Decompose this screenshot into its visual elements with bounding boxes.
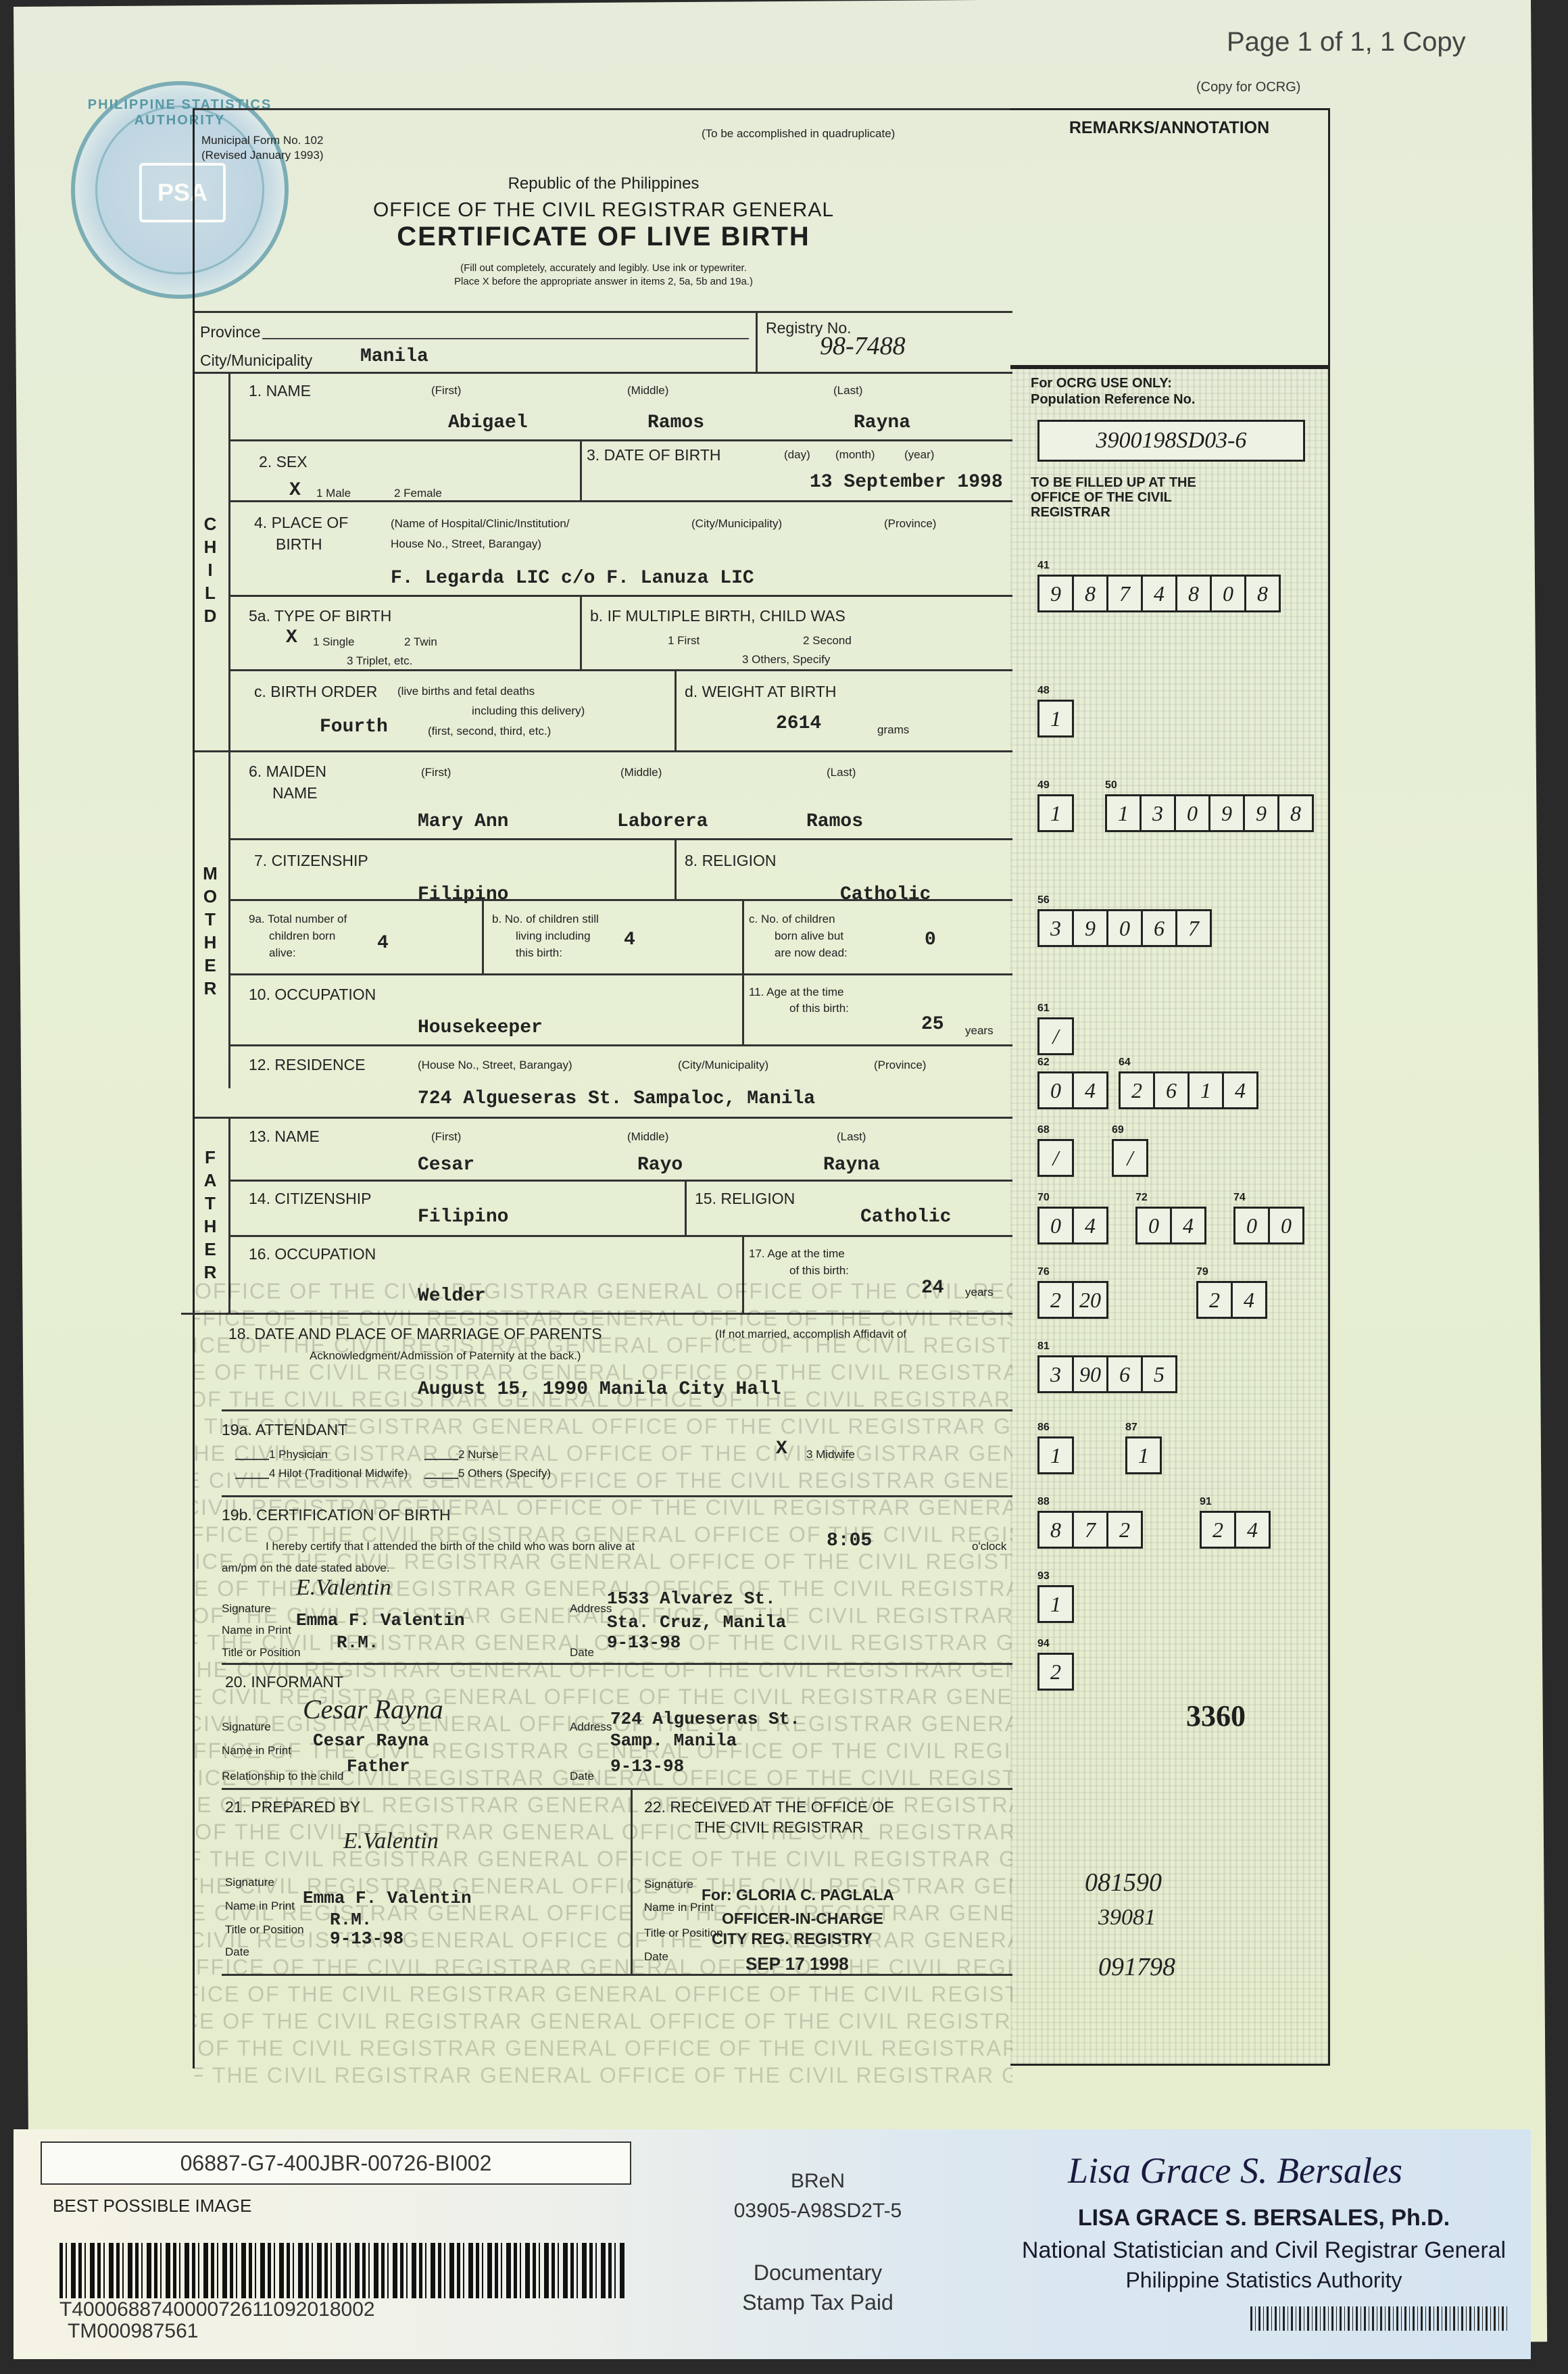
informant-date: 9-13-98 (610, 1756, 684, 1776)
total-born-label-2: children born (269, 929, 335, 943)
mother-name-label: 6. MAIDEN (249, 762, 326, 781)
residence-hint-2: (City/Municipality) (678, 1059, 768, 1072)
remarks-title: REMARKS/ANNOTATION (1010, 118, 1328, 138)
mother-age-label: 11. Age at the time (749, 986, 844, 999)
ocrg-field-68: / (1039, 1139, 1074, 1177)
type-twin-option: 2 Twin (404, 635, 437, 649)
child-name-label: 1. NAME (249, 382, 311, 400)
attendant-physician-option: 1 Physician (269, 1448, 328, 1461)
date-label: Date (570, 1770, 594, 1783)
marriage-hint-1: (If not married, accomplish Affidavit of (715, 1328, 906, 1341)
bren-label: BReN (703, 2166, 933, 2196)
signature-label: Signature (225, 1876, 274, 1889)
age-unit: years (965, 1286, 994, 1299)
marriage-label: 18. DATE AND PLACE OF MARRIAGE OF PARENT… (228, 1325, 602, 1343)
registrar-name: For: GLORIA C. PAGLALA (702, 1886, 894, 1904)
ocrg-field-number: 74 (1233, 1192, 1246, 1204)
type-single-mark: X (286, 627, 297, 648)
ocrg-field-number: 76 (1037, 1266, 1050, 1278)
father-middle-name: Rayo (637, 1155, 683, 1176)
document-number: 06887-G7-400JBR-00726-BI002 (41, 2141, 631, 2185)
received-label: 22. RECEIVED AT THE OFFICE OF (644, 1798, 893, 1816)
father-name-label: 13. NAME (249, 1128, 320, 1146)
mother-residence: 724 Algueseras St. Sampaloc, Manila (418, 1088, 815, 1109)
title-label: Title or Position (222, 1646, 301, 1660)
ocrg-field-94: 2 (1039, 1653, 1074, 1691)
stamp-number: 3360 (1186, 1699, 1246, 1733)
civil-registrar-header: TO BE FILLED UP AT THEOFFICE OF THE CIVI… (1031, 475, 1196, 520)
weight-unit: grams (877, 723, 909, 737)
ocrg-field-64: 2614 (1121, 1071, 1258, 1109)
documentary-stamp-label: DocumentaryStamp Tax Paid (703, 2258, 933, 2317)
sex-label: 2. SEX (259, 453, 308, 471)
preparer-signature: E.Valentin (343, 1828, 439, 1854)
attendant-midwife-mark: X (776, 1438, 787, 1459)
dob-label: 3. DATE OF BIRTH (587, 446, 721, 464)
ocrg-field-88: 872 (1039, 1511, 1143, 1549)
residence-hint-3: (Province) (874, 1059, 926, 1072)
pob-label-2: BIRTH (276, 535, 322, 554)
ocrg-field-number: 79 (1196, 1266, 1208, 1278)
ocrg-field-number: 50 (1105, 779, 1117, 792)
ocrg-field-49: 1 (1039, 794, 1074, 832)
signature-label: Signature (222, 1720, 271, 1734)
type-single-option: 1 Single (313, 635, 354, 649)
father-citizenship: Filipino (418, 1207, 508, 1228)
informant-name: Cesar Rayna (313, 1730, 429, 1751)
birth-certificate-form: Municipal Form No. 102 (Revised January … (193, 108, 1012, 2068)
received-date-stamp: SEP 17 1998 (745, 1954, 849, 1975)
ocrg-field-number: 61 (1037, 1002, 1050, 1015)
bren-block: BReN03905-A98SD2T-5 (703, 2166, 933, 2226)
certification-label: 19b. CERTIFICATION OF BIRTH (222, 1506, 451, 1524)
ocrg-field-number: 68 (1037, 1124, 1050, 1136)
ocrg-field-87: 1 (1127, 1436, 1162, 1474)
handwritten-note-93: 081590 (1085, 1868, 1162, 1897)
instruction-2: Place X before the appropriate answer in… (195, 275, 1012, 289)
mother-middle-name: Laborera (617, 811, 708, 832)
attendant-nurse-option: 2 Nurse (458, 1448, 499, 1461)
first-label: (First) (431, 384, 461, 397)
mother-religion-label: 8. RELIGION (685, 852, 776, 870)
ocrg-field-50: 130998 (1107, 794, 1314, 832)
birth-time-value: 8:05 (827, 1530, 872, 1551)
date-label: Date (570, 1646, 594, 1660)
last-label: (Last) (833, 384, 862, 397)
attendant-date: 9-13-98 (607, 1632, 681, 1653)
child-first-name: Abigael (448, 412, 528, 433)
remarks-annotation-box: REMARKS/ANNOTATION (1010, 108, 1330, 369)
document-barcode (59, 2243, 627, 2298)
living-label: b. No. of children still (492, 913, 599, 926)
weight-value: 2614 (776, 713, 821, 734)
father-first-name: Cesar (418, 1155, 474, 1176)
certification-text: I hereby certify that I attended the bir… (266, 1540, 635, 1553)
signatory-title: National Statistician and Civil Registra… (987, 2237, 1541, 2264)
living-label-3: this birth: (516, 946, 562, 960)
middle-label: (Middle) (627, 1130, 668, 1144)
mother-name-label-2: NAME (272, 784, 317, 802)
informant-address-2: Samp. Manila (610, 1730, 737, 1751)
population-reference-number: 3900198SD03-6 (1037, 420, 1305, 462)
sex-male-mark: X (289, 480, 301, 501)
ocrg-field-number: 69 (1112, 1124, 1124, 1136)
instruction-1: (Fill out completely, accurately and leg… (195, 262, 1012, 275)
child-section-label: CHILD (200, 512, 220, 627)
date-label: Date (644, 1950, 668, 1964)
mother-section-label: MOTHER (200, 862, 220, 1000)
mother-occupation-label: 10. OCCUPATION (249, 986, 376, 1004)
registrar-general-signature: Lisa Grace S. Bersales (1068, 2150, 1402, 2191)
address-label: Address (570, 1720, 612, 1734)
registrar-office: CITY REG. REGISTRY (712, 1930, 873, 1948)
preparer-date: 9-13-98 (330, 1929, 403, 1949)
registry-value: 98-7488 (820, 331, 906, 361)
mother-first-name: Mary Ann (418, 811, 508, 832)
birth-order-hint-2: including this delivery) (472, 704, 585, 718)
middle-label: (Middle) (620, 766, 662, 779)
prepared-by-label: 21. PREPARED BY (225, 1798, 360, 1816)
ocrg-field-number: 91 (1200, 1496, 1212, 1508)
ocrg-use-only-panel: For OCRG USE ONLY:Population Reference N… (1010, 365, 1330, 2066)
residence-hint-1: (House No., Street, Barangay) (418, 1059, 572, 1072)
preparer-name: Emma F. Valentin (303, 1888, 472, 1908)
sex-male-option: 1 Male (316, 487, 351, 500)
relationship-label: Relationship to the child (222, 1770, 344, 1783)
ocrg-field-number: 93 (1037, 1570, 1050, 1582)
certification-text-2: am/pm on the date stated above. (222, 1561, 390, 1575)
birth-order-hint-3: (first, second, third, etc.) (428, 725, 551, 738)
ocrg-field-61: / (1039, 1017, 1074, 1055)
living-label-2: living including (516, 929, 591, 943)
total-born-value: 4 (377, 933, 389, 954)
type-triplet-option: 3 Triplet, etc. (347, 654, 412, 668)
ocrg-field-number: 86 (1037, 1422, 1050, 1434)
pob-city-label: (City/Municipality) (691, 517, 782, 531)
ocrg-field-91: 24 (1202, 1511, 1271, 1549)
name-in-print-label: Name in Print (222, 1624, 291, 1637)
father-citizenship-label: 14. CITIZENSHIP (249, 1190, 371, 1208)
child-dob-value: 13 September 1998 (810, 472, 1003, 493)
multiple-birth-label: b. IF MULTIPLE BIRTH, CHILD WAS (590, 607, 846, 625)
father-religion-label: 15. RELIGION (695, 1190, 795, 1208)
ocrg-field-62: 04 (1039, 1071, 1108, 1109)
attendant-name: Emma F. Valentin (296, 1610, 465, 1630)
signature-label: Signature (222, 1602, 271, 1616)
oclock-label: o'clock (972, 1540, 1006, 1553)
informant-relationship: Father (347, 1756, 410, 1776)
mother-last-name: Ramos (806, 811, 863, 832)
age-unit: years (965, 1024, 994, 1038)
father-last-name: Rayna (823, 1155, 880, 1176)
type-of-birth-label: 5a. TYPE OF BIRTH (249, 607, 391, 625)
father-religion: Catholic (860, 1207, 951, 1228)
pob-province-label: (Province) (884, 517, 936, 531)
child-middle-name: Ramos (647, 412, 704, 433)
first-label: (First) (431, 1130, 461, 1144)
signature-label: Signature (644, 1878, 693, 1891)
ocrg-field-number: 49 (1037, 779, 1050, 792)
ocrg-field-81: 39065 (1039, 1355, 1177, 1393)
mother-residence-label: 12. RESIDENCE (249, 1056, 366, 1074)
attendant-address-1: 1533 Alvarez St. (607, 1589, 776, 1609)
ocrg-header: For OCRG USE ONLY:Population Reference N… (1031, 375, 1195, 408)
office-label: OFFICE OF THE CIVIL REGISTRAR GENERAL (195, 199, 1012, 222)
attendant-others-option: 5 Others (Specify) (458, 1467, 551, 1480)
barcode-number: T400068874000072611092018002 (59, 2298, 375, 2321)
ocrg-field-93: 1 (1039, 1585, 1074, 1623)
informant-address-1: 724 Algueseras St. (610, 1709, 800, 1729)
sex-female-option: 2 Female (394, 487, 442, 500)
title-label: Title or Position (225, 1923, 304, 1937)
attendant-address-2: Sta. Cruz, Manila (607, 1612, 786, 1632)
date-label: Date (225, 1945, 249, 1959)
certificate-title: CERTIFICATE OF LIVE BIRTH (195, 222, 1012, 252)
ocrg-field-number: 41 (1037, 560, 1050, 572)
weight-label: d. WEIGHT AT BIRTH (685, 683, 837, 701)
city-value: Manila (360, 346, 428, 367)
mother-age-label-2: of this birth: (789, 1002, 849, 1015)
ocrg-field-number: 72 (1135, 1192, 1148, 1204)
address-label: Address (570, 1602, 612, 1616)
security-barcode (1250, 2306, 1507, 2331)
registrar-title: OFFICER-IN-CHARGE (722, 1910, 883, 1928)
father-section-label: FATHER (200, 1146, 220, 1284)
ocrg-field-72: 04 (1137, 1207, 1206, 1244)
dead-label-3: are now dead: (775, 946, 848, 960)
handwritten-note-94: 091798 (1098, 1952, 1175, 1982)
bren-value: 03905-A98SD2T-5 (703, 2196, 933, 2226)
ocrg-field-number: 48 (1037, 685, 1050, 697)
attendant-title: R.M. (337, 1632, 378, 1653)
ocrg-field-70: 04 (1039, 1207, 1108, 1244)
informant-signature: Cesar Rayna (303, 1693, 443, 1725)
pob-hint-1: (Name of Hospital/Clinic/Institution/ (391, 517, 570, 531)
received-label-2: THE CIVIL REGISTRAR (695, 1818, 864, 1837)
informant-label: 20. INFORMANT (225, 1673, 343, 1691)
birth-order-hint-1: (live births and fetal deaths (397, 685, 535, 698)
ocrg-field-48: 1 (1039, 700, 1074, 737)
tm-number: TM000987561 (68, 2320, 198, 2343)
ocrg-field-number: 81 (1037, 1340, 1050, 1353)
ocrg-field-number: 64 (1119, 1057, 1131, 1069)
child-last-name: Rayna (854, 412, 910, 433)
dob-year-label: (year) (904, 448, 934, 462)
dead-value: 0 (925, 929, 936, 950)
father-age: 24 (921, 1278, 944, 1299)
ocrg-field-number: 88 (1037, 1496, 1050, 1508)
signatory-name: LISA GRACE S. BERSALES, Ph.D. (987, 2205, 1541, 2231)
multiple-second-option: 2 Second (803, 634, 852, 648)
multiple-others-option: 3 Others, Specify (742, 653, 830, 667)
father-occupation: Welder (418, 1286, 486, 1307)
ocrg-field-79: 24 (1198, 1281, 1267, 1319)
signatory-organization: Philippine Statistics Authority (987, 2268, 1541, 2293)
best-possible-image-label: BEST POSSIBLE IMAGE (53, 2196, 251, 2216)
dob-day-label: (day) (784, 448, 810, 462)
form-header: Republic of the Philippines OFFICE OF TH… (195, 108, 1012, 289)
name-in-print-label: Name in Print (222, 1744, 291, 1758)
province-label: Province (200, 323, 260, 341)
mother-occupation: Housekeeper (418, 1017, 543, 1038)
attendant-label: 19a. ATTENDANT (222, 1421, 347, 1439)
living-value: 4 (624, 929, 635, 950)
first-label: (First) (421, 766, 451, 779)
ocrg-field-number: 94 (1037, 1638, 1050, 1650)
name-in-print-label: Name in Print (225, 1899, 295, 1913)
mother-age: 25 (921, 1014, 944, 1035)
birth-order-value: Fourth (320, 717, 388, 737)
marriage-hint-2: Acknowledgment/Admission of Paternity at… (310, 1349, 581, 1363)
ocrg-field-number: 87 (1125, 1422, 1137, 1434)
ocrg-field-number: 56 (1037, 894, 1050, 906)
dead-label: c. No. of children (749, 913, 835, 926)
page-count: Page 1 of 1, 1 Copy (1227, 27, 1466, 57)
birth-order-label: c. BIRTH ORDER (254, 683, 377, 701)
ocrg-field-number: 70 (1037, 1192, 1050, 1204)
mother-religion: Catholic (840, 884, 931, 905)
attendant-signature: E.Valentin (296, 1575, 391, 1601)
last-label: (Last) (827, 766, 856, 779)
father-age-label-2: of this birth: (789, 1264, 849, 1278)
ocrg-field-74: 00 (1235, 1207, 1304, 1244)
mother-citizenship-label: 7. CITIZENSHIP (254, 852, 368, 870)
total-born-label: 9a. Total number of (249, 913, 347, 926)
dob-month-label: (month) (835, 448, 875, 462)
total-born-label-3: alive: (269, 946, 296, 960)
attendant-midwife-option: 3 Midwife (806, 1448, 855, 1461)
republic-label: Republic of the Philippines (195, 174, 1012, 193)
ocrg-field-56: 39067 (1039, 909, 1212, 947)
attendant-hilot-option: 4 Hilot (Traditional Midwife) (269, 1467, 408, 1480)
city-label: City/Municipality (200, 352, 312, 370)
multiple-first-option: 1 First (668, 634, 700, 648)
copy-for-label: (Copy for OCRG) (1196, 80, 1300, 95)
pob-hint-2: House No., Street, Barangay) (391, 537, 541, 551)
pob-label: 4. PLACE OF (254, 514, 348, 532)
preparer-title: R.M. (330, 1910, 372, 1930)
last-label: (Last) (837, 1130, 866, 1144)
ocrg-field-number: 62 (1037, 1057, 1050, 1069)
father-occupation-label: 16. OCCUPATION (249, 1245, 376, 1263)
father-age-label: 17. Age at the time (749, 1247, 845, 1261)
ocrg-field-86: 1 (1039, 1436, 1074, 1474)
handwritten-note-93b: 39081 (1098, 1905, 1156, 1931)
dead-label-2: born alive but (775, 929, 843, 943)
ocrg-field-76: 220 (1039, 1281, 1108, 1319)
mother-citizenship: Filipino (418, 884, 508, 905)
ocrg-field-69: / (1114, 1139, 1148, 1177)
marriage-value: August 15, 1990 Manila City Hall (418, 1379, 781, 1400)
pob-value: F. Legarda LIC c/o F. Lanuza LIC (391, 568, 754, 589)
middle-label: (Middle) (627, 384, 668, 397)
ocrg-field-41: 9874808 (1039, 575, 1281, 612)
